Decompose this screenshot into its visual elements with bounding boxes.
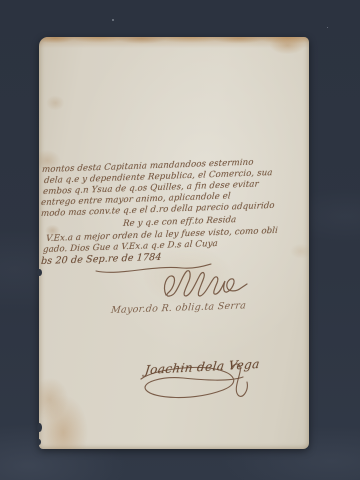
photo-of-manuscript: { "manuscript": { "body_lines": [ "monto… (0, 0, 360, 480)
manuscript-paper: montos desta Capitania mandandoos esterm… (39, 37, 309, 449)
dust-speck (327, 27, 328, 28)
dust-speck (112, 19, 114, 21)
signature-text: Joachin dela Vega (144, 357, 260, 377)
officials-line: Mayor.do R. oblig.ta Serra (110, 300, 246, 316)
manuscript-text-block: montos desta Capitania mandandoos esterm… (39, 37, 309, 449)
